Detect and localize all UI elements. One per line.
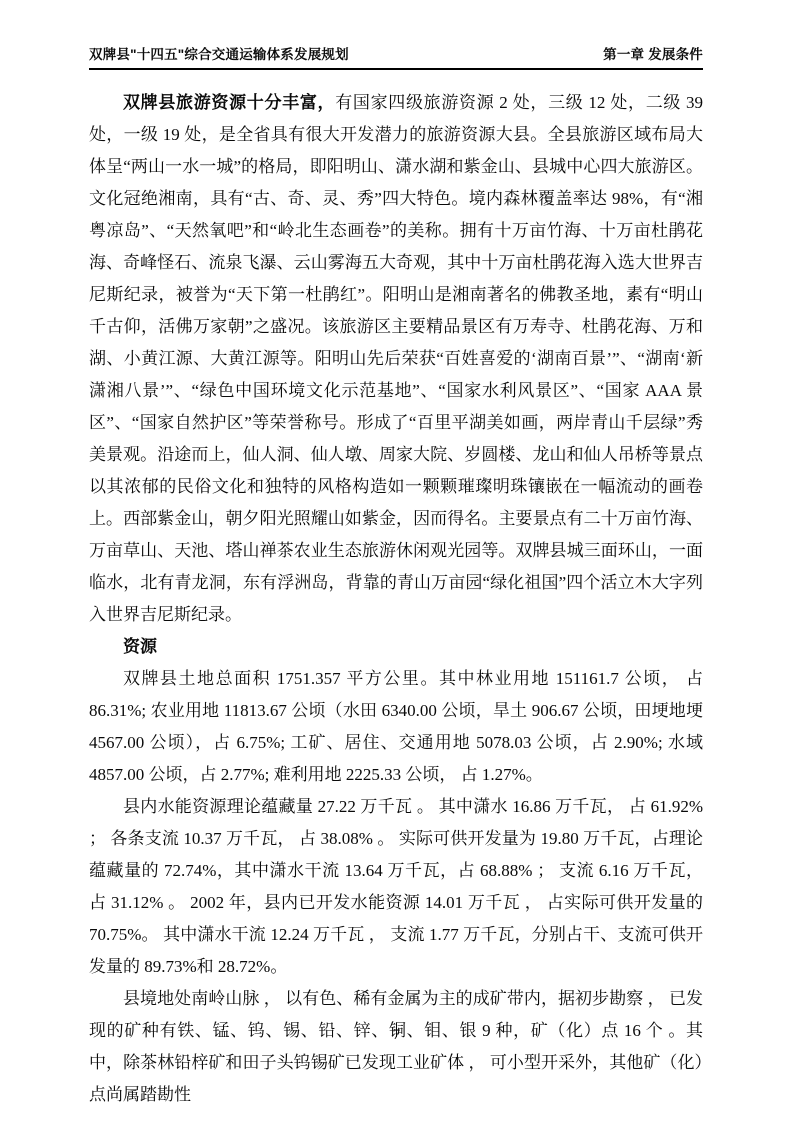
- section-heading: 资源: [89, 631, 703, 663]
- paragraph-lead: 双牌县旅游资源十分丰富，: [123, 93, 335, 112]
- paragraph: 双牌县旅游资源十分丰富，有国家四级旅游资源 2 处，三级 12 处，二级 39 …: [89, 87, 703, 631]
- page-footer: 7: [0, 1027, 793, 1044]
- paragraph: 县内水能资源理论蕴藏量 27.22 万千瓦 。 其中潇水 16.86 万千瓦， …: [89, 791, 703, 983]
- header-right-title: 第一章 发展条件: [603, 43, 703, 63]
- header-left-title: 双牌县"十四五"综合交通运输体系发展规划: [89, 43, 349, 63]
- document-body: 双牌县旅游资源十分丰富，有国家四级旅游资源 2 处，三级 12 处，二级 39 …: [89, 87, 703, 1111]
- paragraph: 双牌县土地总面积 1751.357 平方公里。其中林业用地 151161.7 公…: [89, 663, 703, 791]
- page-number: 7: [393, 1027, 401, 1043]
- page-header: 双牌县"十四五"综合交通运输体系发展规划 第一章 发展条件: [89, 43, 703, 70]
- paragraph: 县境地处南岭山脉 ， 以有色、稀有金属为主的成矿带内，据初步勘察 ， 已发现的矿…: [89, 983, 703, 1111]
- document-page: 双牌县"十四五"综合交通运输体系发展规划 第一章 发展条件 双牌县旅游资源十分丰…: [0, 0, 793, 1122]
